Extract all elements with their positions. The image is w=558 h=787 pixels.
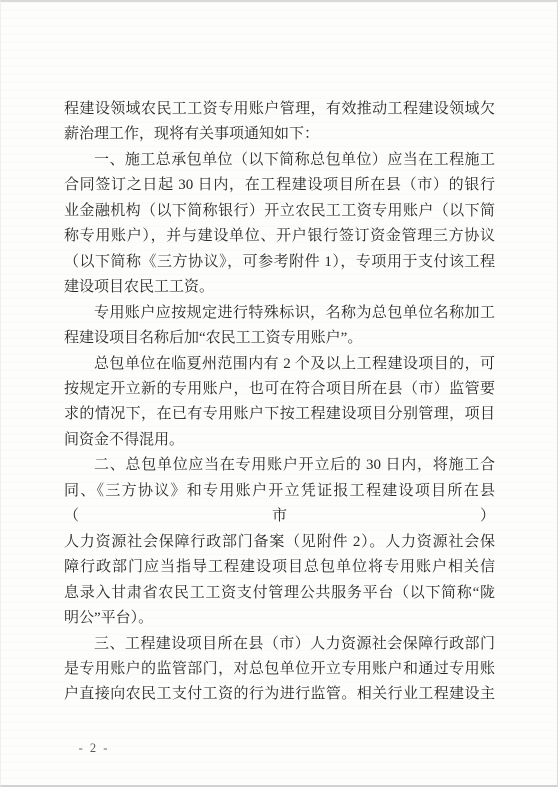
- text-line: 息录入甘肃省农民工工资支付管理公共服务平台（以下简称“陇: [64, 581, 495, 606]
- text-line: 总包单位在临夏州范围内有 2 个及以上工程建设项目的，可: [64, 352, 495, 377]
- text-line: 专用账户应按规定进行特殊标识，名称为总包单位名称加工: [64, 301, 495, 326]
- text-line: 三、工程建设项目所在县（市）人力资源社会保障行政部门: [64, 632, 495, 657]
- text-line: 障行政部门应当指导工程建设项目总包单位将专用账户相关信: [64, 555, 495, 580]
- text-line: 一、施工总承包单位（以下简称总包单位）应当在工程施工: [64, 148, 495, 173]
- text-line: 程建设领域农民工工资专用账户管理，有效推动工程建设领域欠: [64, 97, 495, 122]
- document-page: 程建设领域农民工工资专用账户管理，有效推动工程建设领域欠薪治理工作，现将有关事项…: [0, 0, 558, 787]
- text-line: 同、《三方协议》和专用账户开立凭证报工程建设项目所在县（市）: [64, 479, 495, 530]
- text-line: 人力资源社会保障行政部门备案（见附件 2）。人力资源社会保: [64, 530, 495, 555]
- text-line: 按规定开立新的专用账户，也可在符合项目所在县（市）监管要: [64, 377, 495, 402]
- text-line: 薪治理工作，现将有关事项通知如下：: [64, 122, 495, 147]
- text-line: 明公”平台）。: [64, 606, 495, 631]
- text-line: 是专用账户的监管部门，对总包单位开立专用账户和通过专用账: [64, 657, 495, 682]
- text-line: 间资金不得混用。: [64, 428, 495, 453]
- document-body: 程建设领域农民工工资专用账户管理，有效推动工程建设领域欠薪治理工作，现将有关事项…: [64, 97, 495, 708]
- text-line: 建设项目农民工工资。: [64, 275, 495, 300]
- text-line: 户直接向农民工支付工资的行为进行监管。相关行业工程建设主: [64, 682, 495, 707]
- text-line: （以下简称《三方协议》，可参考附件 1），专项用于支付该工程: [64, 250, 495, 275]
- page-number: - 2 -: [64, 741, 124, 756]
- text-line: 二、总包单位应当在专用账户开立后的 30 日内，将施工合: [64, 453, 495, 478]
- text-line: 求的情况下，在已有专用账户下按工程建设项目分别管理，项目: [64, 402, 495, 427]
- text-line: 业金融机构（以下简称银行）开立农民工工资专用账户（以下简: [64, 199, 495, 224]
- text-line: 称专用账户），并与建设单位、开户银行签订资金管理三方协议: [64, 224, 495, 249]
- text-line: 程建设项目名称后加“农民工工资专用账户”。: [64, 326, 495, 351]
- text-line: 合同签订之日起 30 日内，在工程建设项目所在县（市）的银行: [64, 173, 495, 198]
